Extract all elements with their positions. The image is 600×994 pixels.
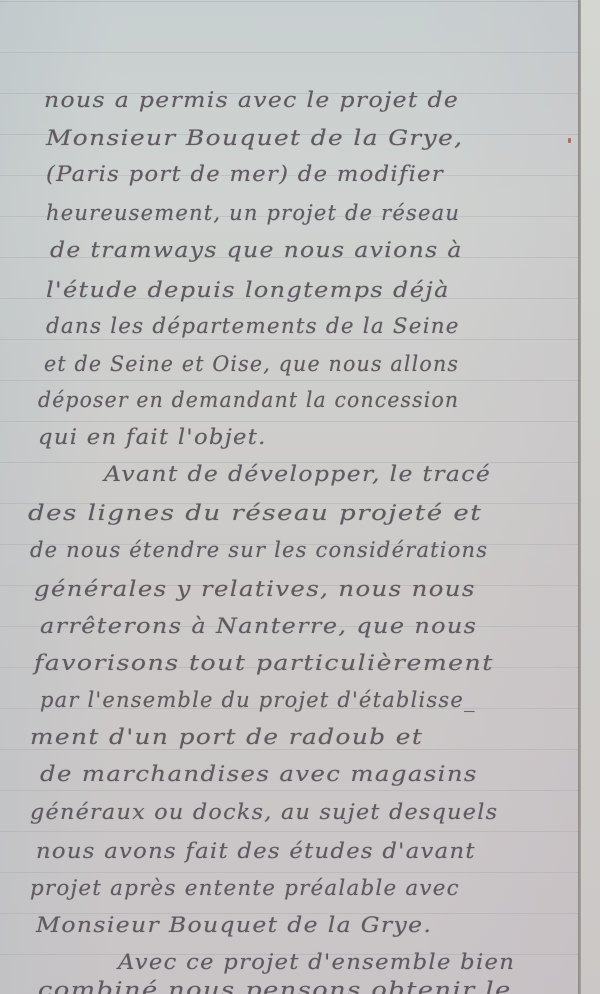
text-line: dans les départements de la Seine	[46, 314, 460, 338]
text-line: projet après entente préalable avec	[30, 876, 460, 900]
text-line: généraux ou docks, au sujet desquels	[30, 800, 498, 824]
text-line: (Paris port de mer) de modifier	[46, 162, 444, 186]
text-line: ment d'un port de radoub et	[30, 725, 423, 749]
text-line: favorisons tout particulièrement	[34, 651, 494, 675]
text-line: nous a permis avec le projet de	[44, 88, 459, 112]
text-line: heureusement, un projet de réseau	[46, 201, 460, 225]
text-line: Monsieur Bouquet de la Grye,	[46, 126, 463, 150]
manuscript-page: nous a permis avec le projet de Monsieur…	[0, 0, 600, 994]
text-line: générales y relatives, nous nous	[34, 577, 476, 601]
text-line: Avec ce projet d'ensemble bien	[118, 950, 515, 974]
text-line: de tramways que nous avions à	[50, 238, 463, 262]
text-line: par l'ensemble du projet d'établisse_	[40, 688, 476, 712]
text-line: arrêterons à Nanterre, que nous	[40, 614, 477, 638]
text-line: déposer en demandant la concession	[38, 388, 459, 412]
text-line: qui en fait l'objet.	[38, 425, 267, 449]
text-line: combiné nous pensons obtenir le	[38, 978, 512, 994]
text-line: nous avons fait des études d'avant	[36, 839, 476, 863]
page-edge-strip	[581, 0, 600, 994]
text-line: de marchandises avec magasins	[40, 762, 478, 786]
handwritten-text: nous a permis avec le projet de Monsieur…	[0, 0, 580, 994]
text-line: et de Seine et Oise, que nous allons	[44, 352, 459, 376]
text-line: de nous étendre sur les considérations	[30, 538, 488, 562]
text-line: des lignes du réseau projeté et	[28, 501, 482, 525]
text-line: Monsieur Bouquet de la Grye.	[36, 913, 432, 937]
text-line: Avant de développer, le tracé	[104, 462, 491, 486]
text-line: l'étude depuis longtemps déjà	[46, 278, 450, 302]
